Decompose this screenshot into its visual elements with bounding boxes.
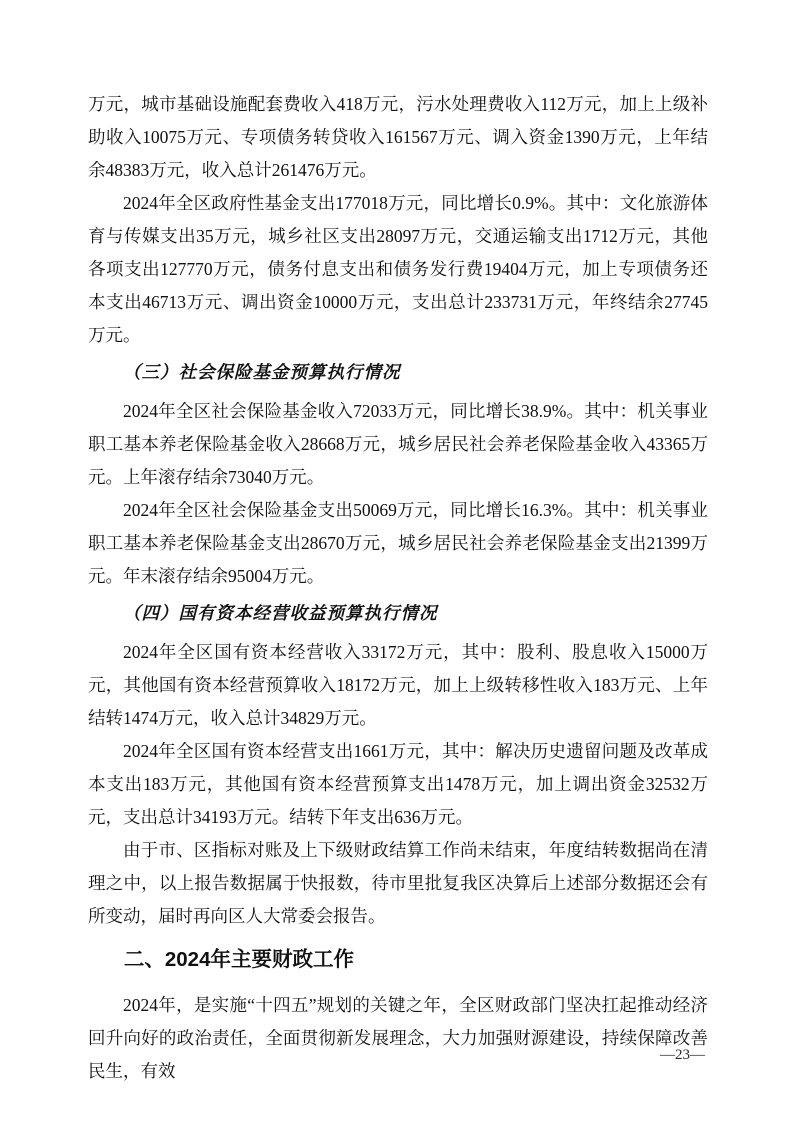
paragraph-govfund-expenditure: 2024年全区政府性基金支出177018万元，同比增长0.9%。其中：文化旅游体… [88, 187, 708, 352]
paragraph-social-insurance-income: 2024年全区社会保险基金收入72033万元，同比增长38.9%。其中：机关事业… [88, 395, 708, 494]
paragraph-data-disclaimer: 由于市、区指标对账及上下级财政结算工作尚未结束，年度结转数据尚在清理之中，以上报… [88, 834, 708, 933]
section-heading-social-insurance: （三）社会保险基金预算执行情况 [88, 356, 708, 389]
paragraph-state-capital-income: 2024年全区国有资本经营收入33172万元，其中：股利、股息收入15000万元… [88, 636, 708, 735]
chapter-heading-2024-fiscal-work: 二、2024年主要财政工作 [88, 943, 708, 977]
paragraph-2024-overview: 2024年，是实施“十四五”规划的关键之年，全区财政部门坚决扛起推动经济回升向好… [88, 989, 708, 1088]
paragraph-continuation-govfund-income: 万元，城市基础设施配套费收入418万元，污水处理费收入112万元，加上上级补助收… [88, 88, 708, 187]
document-page: 万元，城市基础设施配套费收入418万元，污水处理费收入112万元，加上上级补助收… [0, 0, 793, 1122]
paragraph-social-insurance-expenditure: 2024年全区社会保险基金支出50069万元，同比增长16.3%。其中：机关事业… [88, 494, 708, 593]
paragraph-state-capital-expenditure: 2024年全区国有资本经营支出1661万元，其中：解决历史遗留问题及改革成本支出… [88, 735, 708, 834]
section-heading-state-capital: （四）国有资本经营收益预算执行情况 [88, 597, 708, 630]
page-number: —23— [660, 1047, 705, 1064]
